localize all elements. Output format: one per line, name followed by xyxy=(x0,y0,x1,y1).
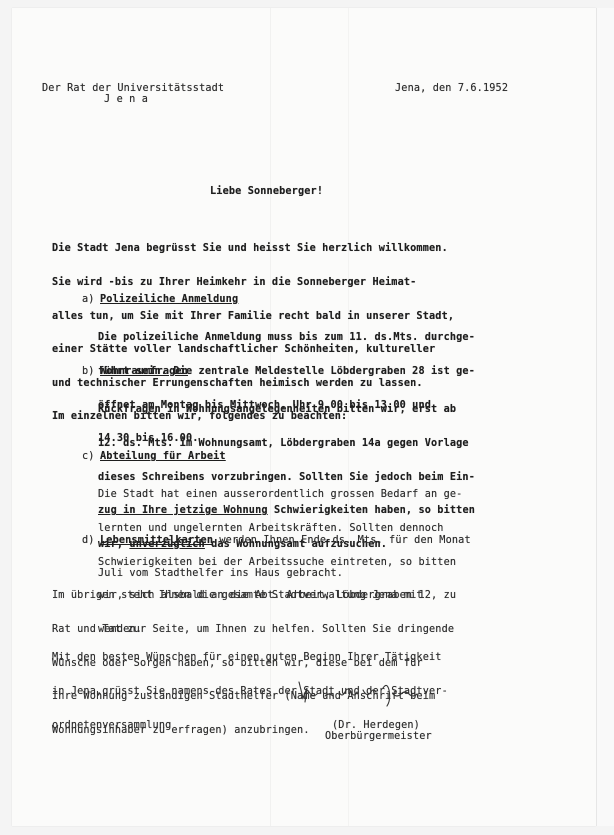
item-b-label: b) xyxy=(82,366,95,377)
item-a-title: Polizeiliche Anmeldung xyxy=(100,294,238,305)
closing-line: Mit den besten Wünschen für einen guten … xyxy=(52,652,448,663)
letter-page: Der Rat der Universitätsstadt J e n a Je… xyxy=(12,8,596,826)
item-d-label: d) xyxy=(82,535,95,546)
place-date: Jena, den 7.6.1952 xyxy=(395,83,508,94)
item-d-title-line: Lebensmittelkarten werden Ihnen Ende ds.… xyxy=(100,535,471,546)
item-line: Rückfragen in Wohnungsangelegenheiten bi… xyxy=(98,404,475,415)
scan-edge xyxy=(596,8,614,826)
item-a-label: a) xyxy=(82,294,95,305)
intro-line: Die Stadt Jena begrüsst Sie und heisst S… xyxy=(52,243,454,254)
item-c-title: Abteilung für Arbeit xyxy=(100,451,226,462)
item-line: Die Stadt hat einen ausserordentlich gro… xyxy=(98,489,462,500)
sender-block: Der Rat der Universitätsstadt J e n a xyxy=(42,83,224,105)
signatory-title: Oberbürgermeister xyxy=(325,731,432,742)
item-line: Die polizeiliche Anmeldung muss bis zum … xyxy=(98,332,475,343)
item-c-label: c) xyxy=(82,451,95,462)
intro-line: Sie wird -bis zu Ihrer Heimkehr in die S… xyxy=(52,277,454,288)
item-line: 12. ds. Mts. im Wohnungsamt, Löbdergrabe… xyxy=(98,438,475,449)
sender-line-1: Der Rat der Universitätsstadt xyxy=(42,83,224,94)
sender-line-2: J e n a xyxy=(42,94,148,105)
signatory-name: (Dr. Herdegen) xyxy=(332,720,420,731)
handwritten-signature xyxy=(295,680,445,710)
closing-line: Im übrigen steht Ihnen die gesamte Stadt… xyxy=(52,590,454,601)
item-line: lernten und ungelernten Arbeitskräften. … xyxy=(98,523,462,534)
item-d-title: Lebensmittelkarten xyxy=(100,535,213,546)
item-b-title: Wohnraumfragen xyxy=(100,366,188,377)
salutation: Liebe Sonneberger! xyxy=(210,186,323,197)
item-d-title-suffix: werden Ihnen Ende ds. Mts. für den Monat xyxy=(213,535,471,546)
